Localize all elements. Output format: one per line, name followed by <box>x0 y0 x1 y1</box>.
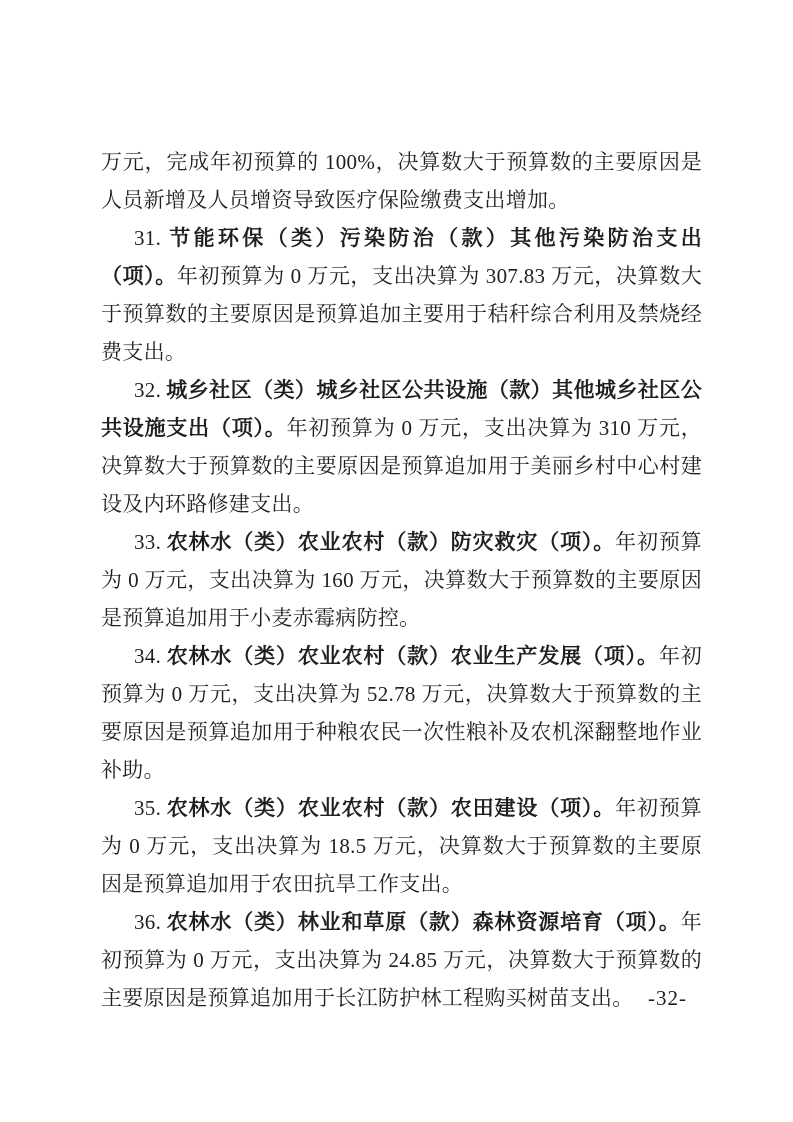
item-number: 34. <box>134 644 161 668</box>
item-number: 36. <box>134 910 161 934</box>
item-number: 33. <box>134 530 161 554</box>
budget-item-32: 32.城乡社区（类）城乡社区公共设施（款）其他城乡社区公共设施支出（项）。年初预… <box>101 371 702 523</box>
item-number: 35. <box>134 796 161 820</box>
budget-item-34: 34.农林水（类）农业农村（款）农业生产发展（项）。年初预算为 0 万元，支出决… <box>101 637 702 789</box>
item-number: 32. <box>134 378 161 402</box>
item-heading: 农林水（类）农业农村（款）农田建设（项）。 <box>166 796 615 820</box>
budget-item-36: 36.农林水（类）林业和草原（款）森林资源培育（项）。年初预算为 0 万元，支出… <box>101 903 702 1017</box>
page-number: -32- <box>648 986 687 1011</box>
continuation-paragraph: 万元，完成年初预算的 100%，决算数大于预算数的主要原因是人员新增及人员增资导… <box>101 143 702 219</box>
document-text-block: 万元，完成年初预算的 100%，决算数大于预算数的主要原因是人员新增及人员增资导… <box>101 143 702 1017</box>
item-heading: 农林水（类）林业和草原（款）森林资源培育（项）。 <box>166 910 681 934</box>
budget-item-35: 35.农林水（类）农业农村（款）农田建设（项）。年初预算为 0 万元，支出决算为… <box>101 789 702 903</box>
item-heading: 农林水（类）农业农村（款）农业生产发展（项）。 <box>166 644 659 668</box>
budget-item-31: 31.节能环保（类）污染防治（款）其他污染防治支出（项）。年初预算为 0 万元，… <box>101 219 702 371</box>
budget-item-33: 33.农林水（类）农业农村（款）防灾救灾（项）。年初预算为 0 万元，支出决算为… <box>101 523 702 637</box>
item-heading: 农林水（类）农业农村（款）防灾救灾（项）。 <box>166 530 615 554</box>
document-page: 万元，完成年初预算的 100%，决算数大于预算数的主要原因是人员新增及人员增资导… <box>0 0 793 1122</box>
item-body: 年初预算为 0 万元，支出决算为 307.83 万元，决算数大于预算数的主要原因… <box>101 264 702 364</box>
continuation-text: 万元，完成年初预算的 100%，决算数大于预算数的主要原因是人员新增及人员增资导… <box>101 150 702 212</box>
item-number: 31. <box>134 226 161 250</box>
